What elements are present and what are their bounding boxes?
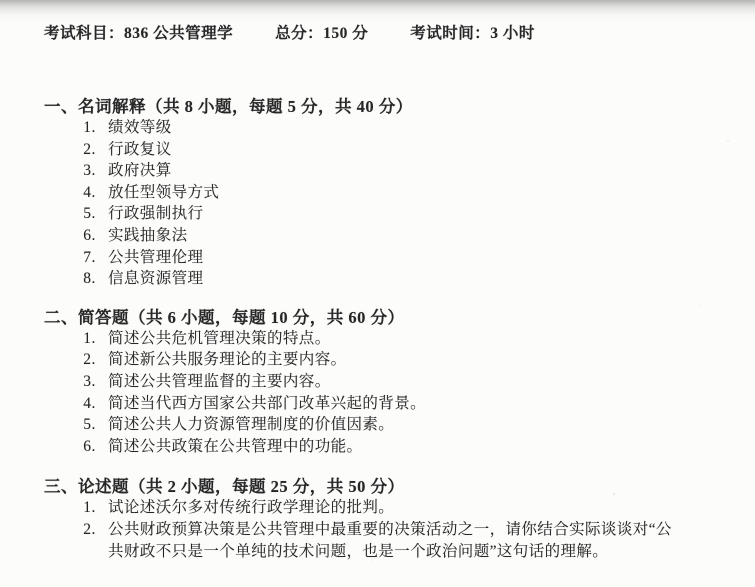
question-item: 简述当代西方国家公共部门改革兴起的背景。 <box>100 393 720 415</box>
question-item: 简述公共人力资源管理制度的价值因素。 <box>100 414 720 436</box>
section-term-definitions: 一、名词解释（共 8 小题，每题 5 分，共 40 分） 绩效等级 行政复议 政… <box>44 97 720 290</box>
question-item: 简述新公共服务理论的主要内容。 <box>100 349 720 371</box>
section-short-answer: 二、简答题（共 6 小题，每题 10 分，共 60 分） 简述公共危机管理决策的… <box>44 308 720 458</box>
question-item: 放任型领导方式 <box>100 182 720 204</box>
question-item: 公共管理伦理 <box>100 247 720 269</box>
section-essay: 三、论述题（共 2 小题，每题 25 分，共 50 分） 试论述沃尔多对传统行政… <box>44 477 720 562</box>
question-item: 政府决算 <box>100 160 720 182</box>
section-essay-heading: 三、论述题（共 2 小题，每题 25 分，共 50 分） <box>44 477 720 497</box>
exam-total-score-label: 总分：150 分 <box>275 25 368 43</box>
question-item: 公共财政预算决策是公共管理中最重要的决策活动之一，请你结合实际谈谈对“公共财政不… <box>100 519 674 562</box>
question-item: 行政强制执行 <box>100 203 720 225</box>
scan-edge-shadow <box>0 0 755 22</box>
question-item: 试论述沃尔多对传统行政学理论的批判。 <box>100 497 674 519</box>
question-item: 简述公共管理监督的主要内容。 <box>100 371 720 393</box>
term-definitions-list: 绩效等级 行政复议 政府决算 放任型领导方式 行政强制执行 实践抽象法 公共管理… <box>44 117 720 290</box>
question-item: 行政复议 <box>100 139 720 161</box>
question-item: 简述公共政策在公共管理中的功能。 <box>100 436 720 458</box>
exam-subject-label: 考试科目：836 公共管理学 <box>44 25 233 43</box>
exam-header: 考试科目：836 公共管理学 总分：150 分 考试时间：3 小时 <box>44 25 720 43</box>
section-short-answer-heading: 二、简答题（共 6 小题，每题 10 分，共 60 分） <box>44 308 720 328</box>
essay-list: 试论述沃尔多对传统行政学理论的批判。 公共财政预算决策是公共管理中最重要的决策活… <box>44 497 720 562</box>
question-item: 简述公共危机管理决策的特点。 <box>100 328 720 350</box>
question-item: 绩效等级 <box>100 117 720 139</box>
section-term-definitions-heading: 一、名词解释（共 8 小题，每题 5 分，共 40 分） <box>44 97 720 117</box>
exam-time-label: 考试时间：3 小时 <box>410 25 535 43</box>
question-item: 信息资源管理 <box>100 268 720 290</box>
short-answer-list: 简述公共危机管理决策的特点。 简述新公共服务理论的主要内容。 简述公共管理监督的… <box>44 328 720 458</box>
exam-paper-scan: 考试科目：836 公共管理学 总分：150 分 考试时间：3 小时 一、名词解释… <box>0 0 755 587</box>
question-item: 实践抽象法 <box>100 225 720 247</box>
